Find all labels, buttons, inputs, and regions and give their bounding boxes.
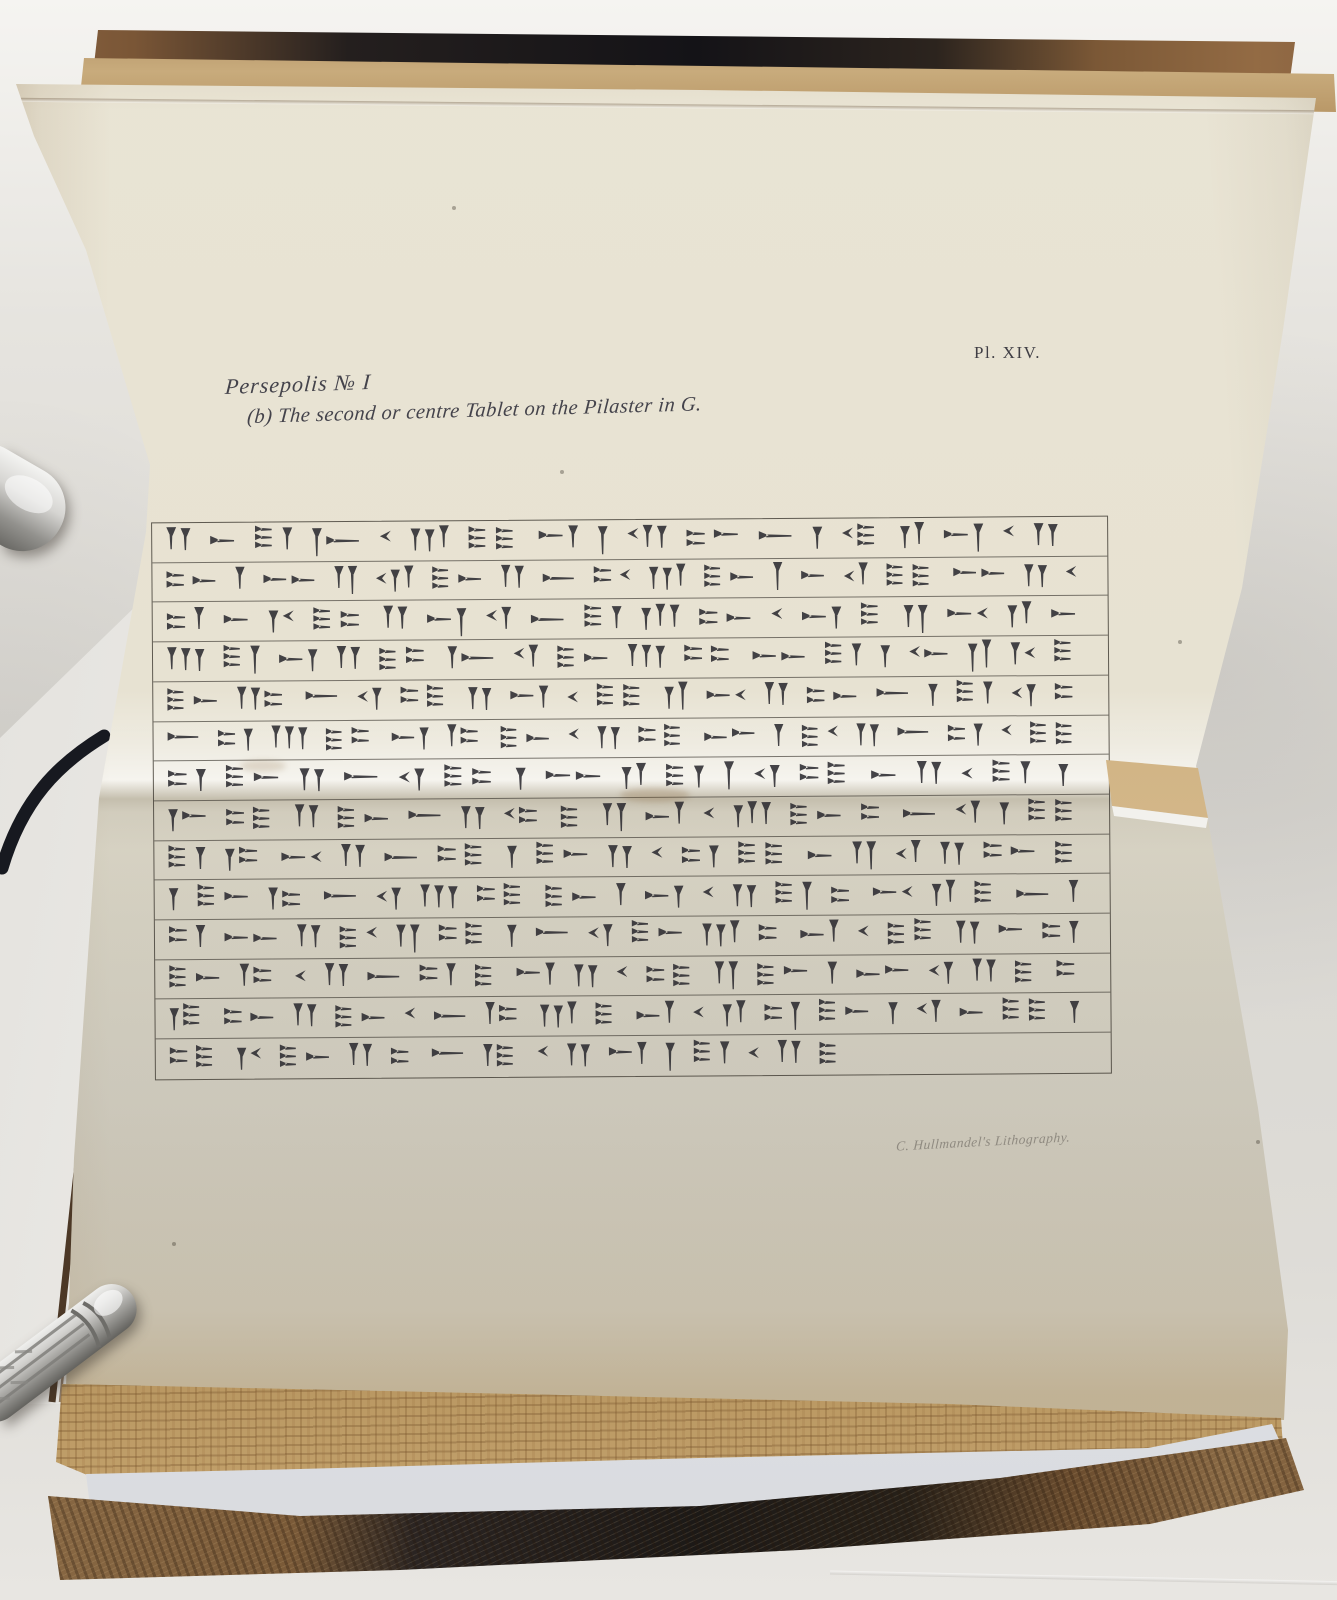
dust-speck <box>1178 640 1182 644</box>
dust-speck <box>1256 1140 1260 1144</box>
dust-speck <box>560 470 564 474</box>
photo-of-open-antique-book: Pl. XIV. Persepolis № I (b) The second o… <box>0 0 1337 1600</box>
page-holder-handle-bottom <box>0 0 1337 1600</box>
dust-speck <box>172 1242 176 1246</box>
dust-speck <box>452 206 456 210</box>
